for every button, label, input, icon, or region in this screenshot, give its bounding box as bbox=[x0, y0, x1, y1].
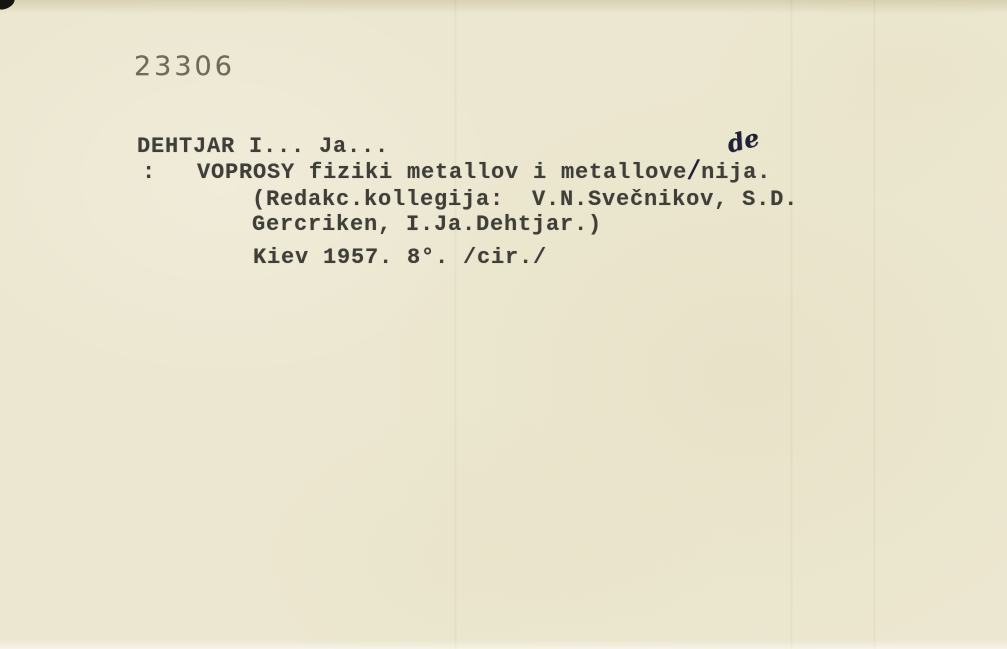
accession-number: 23306 bbox=[134, 51, 235, 82]
paper-crease bbox=[790, 0, 793, 649]
title-prefix-colon: : bbox=[142, 161, 156, 185]
editors-line-1: (Redakc.kollegija: V.N.Svečnikov, S.D. bbox=[252, 188, 798, 212]
imprint-line: Kiev 1957. 8°. /cir./ bbox=[253, 246, 547, 270]
title-text-before-insertion: VOPROSY fiziki metallov i metallove bbox=[197, 160, 687, 185]
paper-crease bbox=[454, 0, 457, 649]
heading-author-line: DEHTJAR I... Ja... bbox=[137, 135, 389, 159]
handwritten-insertion-text: de bbox=[724, 123, 762, 159]
insertion-slash-mark: / bbox=[686, 157, 702, 189]
editors-line-2: Gercriken, I.Ja.Dehtjar.) bbox=[252, 213, 602, 237]
paper-crease bbox=[873, 0, 876, 649]
catalog-card: 23306 DEHTJAR I... Ja... : VOPROSY fizik… bbox=[0, 0, 1007, 649]
title-line: VOPROSY fiziki metallov i metallove/nija… bbox=[197, 161, 771, 185]
title-text-after-insertion: nija. bbox=[701, 160, 771, 185]
scan-corner-artifact bbox=[0, 0, 16, 10]
